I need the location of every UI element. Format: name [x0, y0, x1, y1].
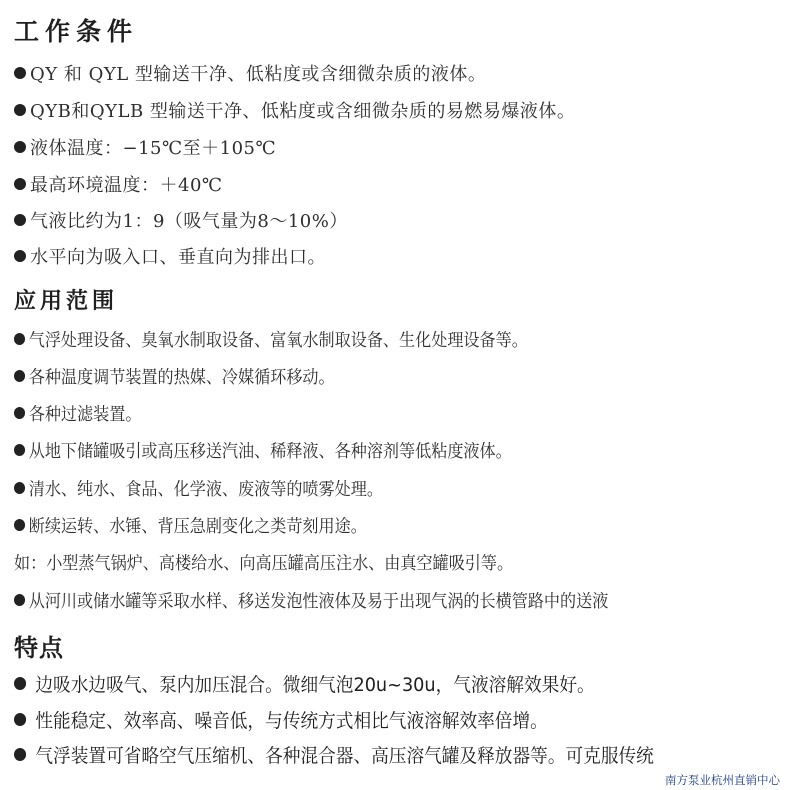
- bullet-icon: [14, 370, 25, 382]
- list-item: 清水、纯水、食品、化学液、废液等的喷雾处理。: [14, 476, 383, 501]
- list-item: 水平向为吸入口、垂直向为排出口。: [14, 243, 326, 269]
- bullet-icon: [14, 67, 26, 79]
- list-item: 气浮处理设备、臭氧水制取设备、富氧水制取设备、生化处理设备等。: [14, 327, 528, 352]
- list-item: 气液比约为1：9（吸气量为8～10%）: [14, 207, 348, 233]
- heading-applications: 应用范围: [14, 284, 118, 315]
- bullet-icon: [14, 748, 26, 761]
- spec-page: 工作条件 QY 和 QYL 型输送干净、低粘度或含细微杂质的液体。 QYB和QY…: [0, 0, 790, 790]
- list-item: 从地下储罐吸引或高压移送汽油、稀释液、各种溶剂等低粘度液体。: [14, 438, 512, 463]
- bullet-icon: [14, 214, 26, 226]
- list-item: 最高环境温度：＋40℃: [14, 171, 223, 197]
- bullet-icon: [14, 141, 26, 153]
- bullet-icon: [14, 677, 26, 690]
- bullet-icon: [14, 250, 26, 262]
- bullet-icon: [14, 519, 25, 531]
- list-item: QYB和QYLB 型输送干净、低粘度或含细微杂质的易燃易爆液体。: [14, 97, 575, 123]
- list-item: 边吸水边吸气、泵内加压混合。微细气泡20u~30u，气液溶解效果好。: [14, 670, 595, 697]
- list-item: 液体温度：−15℃至＋105℃: [14, 134, 276, 160]
- example-line: 如：小型蒸气锅炉、高楼给水、向高压罐高压注水、由真空罐吸引等。: [14, 550, 513, 575]
- bullet-icon: [14, 444, 25, 456]
- list-item: 各种温度调节装置的热媒、冷媒循环移动。: [14, 364, 335, 389]
- bullet-icon: [14, 407, 25, 419]
- bullet-icon: [14, 482, 25, 494]
- list-item: 各种过滤装置。: [14, 401, 141, 426]
- bullet-icon: [14, 104, 26, 116]
- list-item: 气浮装置可省略空气压缩机、各种混合器、高压溶气罐及释放器等。可克服传统: [14, 741, 654, 768]
- list-item: 从河川或储水罐等采取水样、移送发泡性液体及易于出现气涡的长横管路中的送液: [14, 588, 608, 613]
- list-item: QY 和 QYL 型输送干净、低粘度或含细微杂质的液体。: [14, 60, 486, 86]
- heading-working-conditions: 工作条件: [14, 12, 138, 48]
- list-item: 性能稳定、效率高、噪音低，与传统方式相比气液溶解效率倍增。: [14, 706, 548, 733]
- bullet-icon: [14, 333, 25, 345]
- bullet-icon: [14, 594, 25, 606]
- bullet-icon: [14, 178, 26, 190]
- bullet-icon: [14, 713, 26, 726]
- list-item: 断续运转、水锤、背压急剧变化之类苛刻用途。: [14, 513, 367, 538]
- heading-features: 特点: [14, 628, 64, 663]
- watermark: 南方泵业杭州直销中心: [665, 772, 780, 788]
